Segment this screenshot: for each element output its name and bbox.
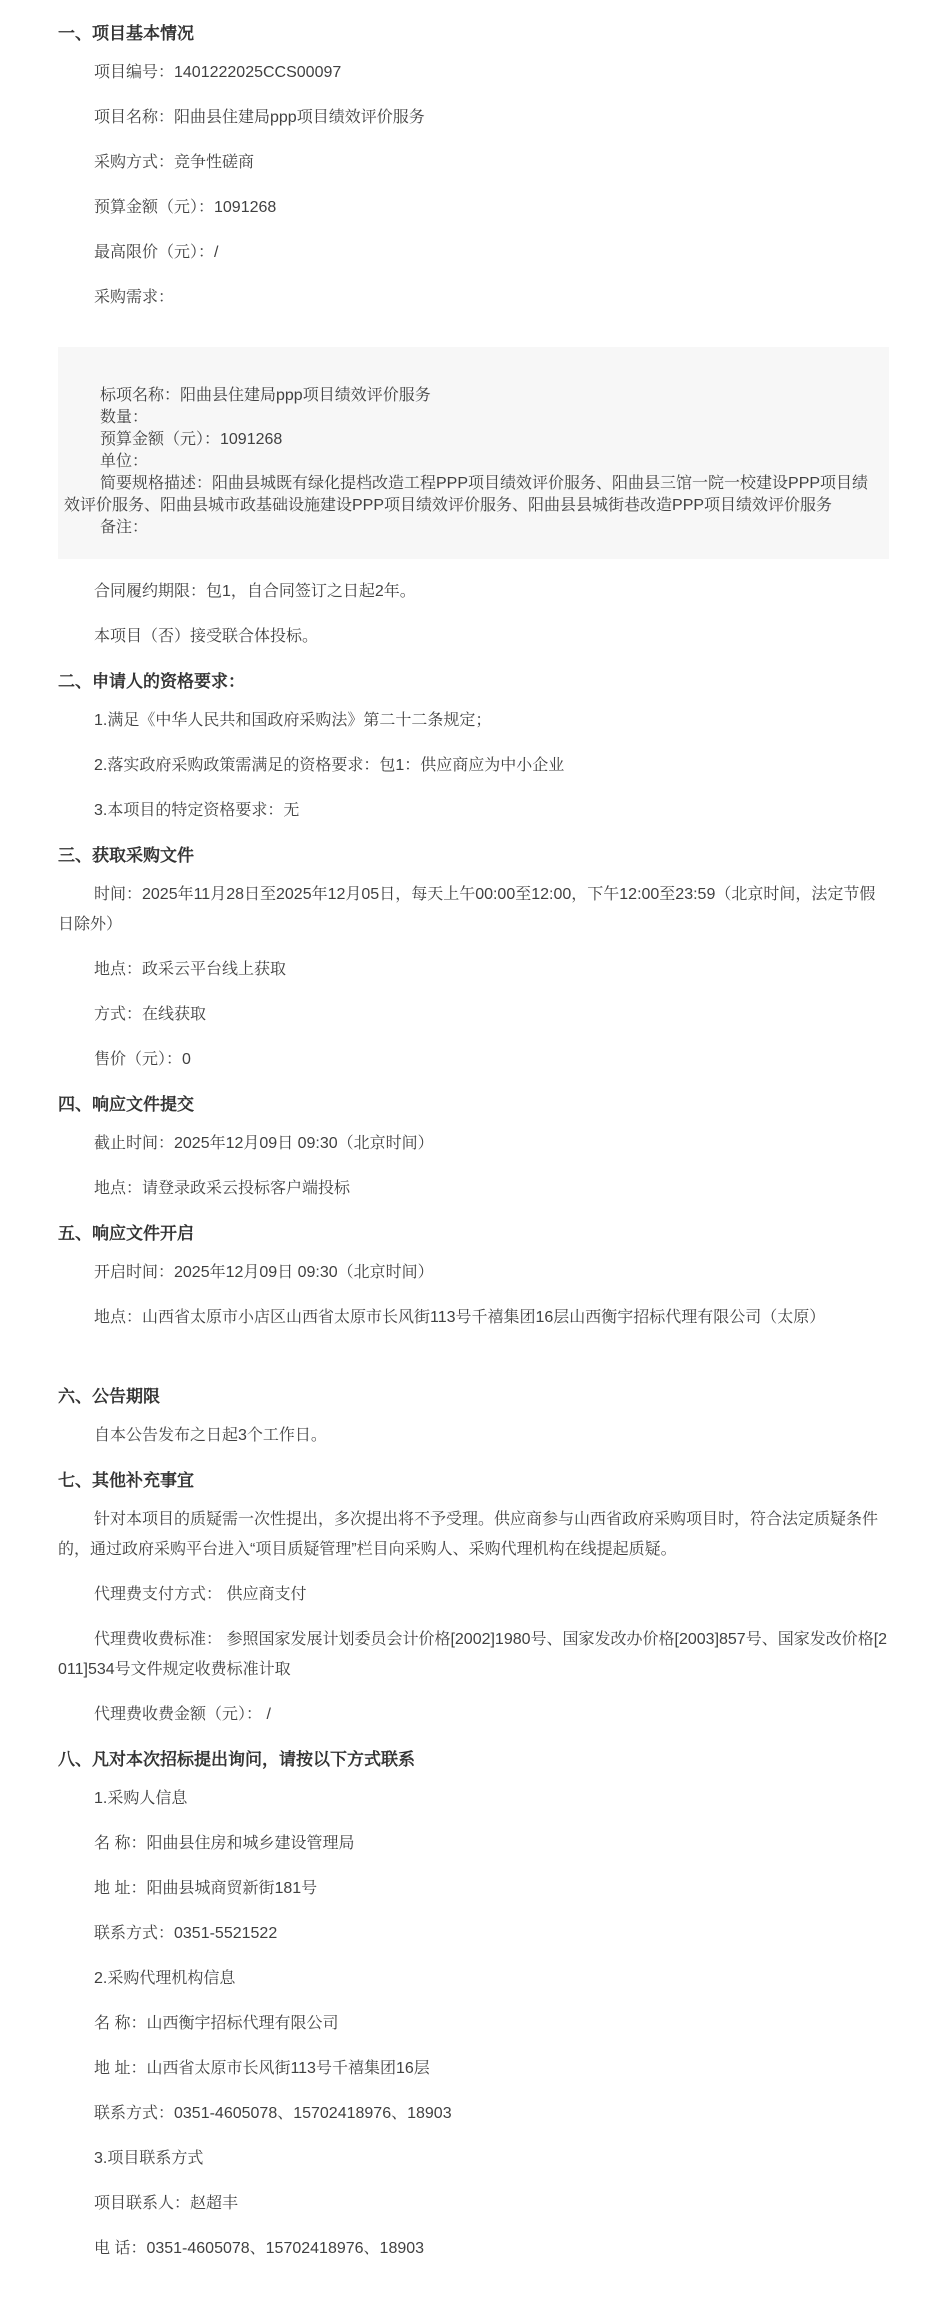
- qualification-item-2: 2.落实政府采购政策需满足的资格要求：包1：供应商应为中小企业: [58, 751, 889, 781]
- agency-info-label: 2.采购代理机构信息: [58, 1964, 889, 1994]
- lot-quantity: 数量：: [64, 407, 883, 429]
- purchaser-name: 名 称：阳曲县住房和城乡建设管理局: [58, 1829, 889, 1859]
- purchaser-info-label: 1.采购人信息: [58, 1784, 889, 1814]
- document-acquisition-method: 方式：在线获取: [58, 1000, 889, 1030]
- section-5-heading: 五、响应文件开启: [58, 1219, 889, 1249]
- opening-time: 开启时间：2025年12月09日 09:30（北京时间）: [58, 1258, 889, 1288]
- qualification-item-3: 3.本项目的特定资格要求：无: [58, 796, 889, 826]
- project-contact-person: 项目联系人：赵超丰: [58, 2189, 889, 2219]
- announcement-period: 自本公告发布之日起3个工作日。: [58, 1421, 889, 1451]
- agency-fee-standard: 代理费收费标准： 参照国家发展计划委员会计价格[2002]1980号、国家发改办…: [58, 1625, 889, 1685]
- project-name: 项目名称：阳曲县住建局ppp项目绩效评价服务: [58, 103, 889, 133]
- agency-address: 地 址：山西省太原市长风街113号千禧集团16层: [58, 2054, 889, 2084]
- qualification-item-1: 1.满足《中华人民共和国政府采购法》第二十二条规定；: [58, 706, 889, 736]
- agency-fee-amount: 代理费收费金额（元）： /: [58, 1700, 889, 1730]
- consortium-bidding: 本项目（否）接受联合体投标。: [58, 622, 889, 652]
- lot-name: 标项名称：阳曲县住建局ppp项目绩效评价服务: [64, 385, 883, 407]
- section-3-heading: 三、获取采购文件: [58, 841, 889, 871]
- project-contact-phone: 电 话：0351-4605078、15702418976、18903: [58, 2234, 889, 2264]
- objection-note: 针对本项目的质疑需一次性提出，多次提出将不予受理。供应商参与山西省政府采购项目时…: [58, 1505, 889, 1565]
- lot-spec-description: 简要规格描述：阳曲县城既有绿化提档改造工程PPP项目绩效评价服务、阳曲县三馆一院…: [64, 473, 883, 517]
- lot-spec-box: 标项名称：阳曲县住建局ppp项目绩效评价服务数量：预算金额（元）：1091268…: [58, 347, 889, 559]
- lot-unit: 单位：: [64, 451, 883, 473]
- section-1-heading: 一、项目基本情况: [58, 19, 889, 49]
- project-number: 项目编号：1401222025CCS00097: [58, 58, 889, 88]
- contract-performance-period: 合同履约期限：包1，自合同签订之日起2年。: [58, 577, 889, 607]
- budget-amount: 预算金额（元）：1091268: [58, 193, 889, 223]
- procurement-method: 采购方式：竞争性磋商: [58, 148, 889, 178]
- section-6-heading: 六、公告期限: [58, 1382, 889, 1412]
- lot-remarks: 备注：: [64, 517, 883, 539]
- purchaser-address: 地 址：阳曲县城商贸新街181号: [58, 1874, 889, 1904]
- document-acquisition-time: 时间：2025年11月28日至2025年12月05日，每天上午00:00至12:…: [58, 880, 889, 940]
- agency-name: 名 称：山西衡宇招标代理有限公司: [58, 2009, 889, 2039]
- document-acquisition-place: 地点：政采云平台线上获取: [58, 955, 889, 985]
- procurement-requirements-label: 采购需求：: [58, 283, 889, 313]
- section-8-heading: 八、凡对本次招标提出询问，请按以下方式联系: [58, 1745, 889, 1775]
- lot-budget-amount: 预算金额（元）：1091268: [64, 429, 883, 451]
- submission-deadline: 截止时间：2025年12月09日 09:30（北京时间）: [58, 1129, 889, 1159]
- agency-contact: 联系方式：0351-4605078、15702418976、18903: [58, 2099, 889, 2129]
- project-contact-label: 3.项目联系方式: [58, 2144, 889, 2174]
- section-2-heading: 二、申请人的资格要求：: [58, 667, 889, 697]
- announcement-document: 一、项目基本情况项目编号：1401222025CCS00097项目名称：阳曲县住…: [0, 0, 949, 2323]
- document-price: 售价（元）：0: [58, 1045, 889, 1075]
- opening-place: 地点：山西省太原市小店区山西省太原市长风街113号千禧集团16层山西衡宇招标代理…: [58, 1303, 889, 1333]
- submission-place: 地点：请登录政采云投标客户端投标: [58, 1174, 889, 1204]
- section-4-heading: 四、响应文件提交: [58, 1090, 889, 1120]
- purchaser-contact: 联系方式：0351-5521522: [58, 1919, 889, 1949]
- agency-fee-payment-method: 代理费支付方式： 供应商支付: [58, 1580, 889, 1610]
- max-price-limit: 最高限价（元）：/: [58, 238, 889, 268]
- section-7-heading: 七、其他补充事宜: [58, 1466, 889, 1496]
